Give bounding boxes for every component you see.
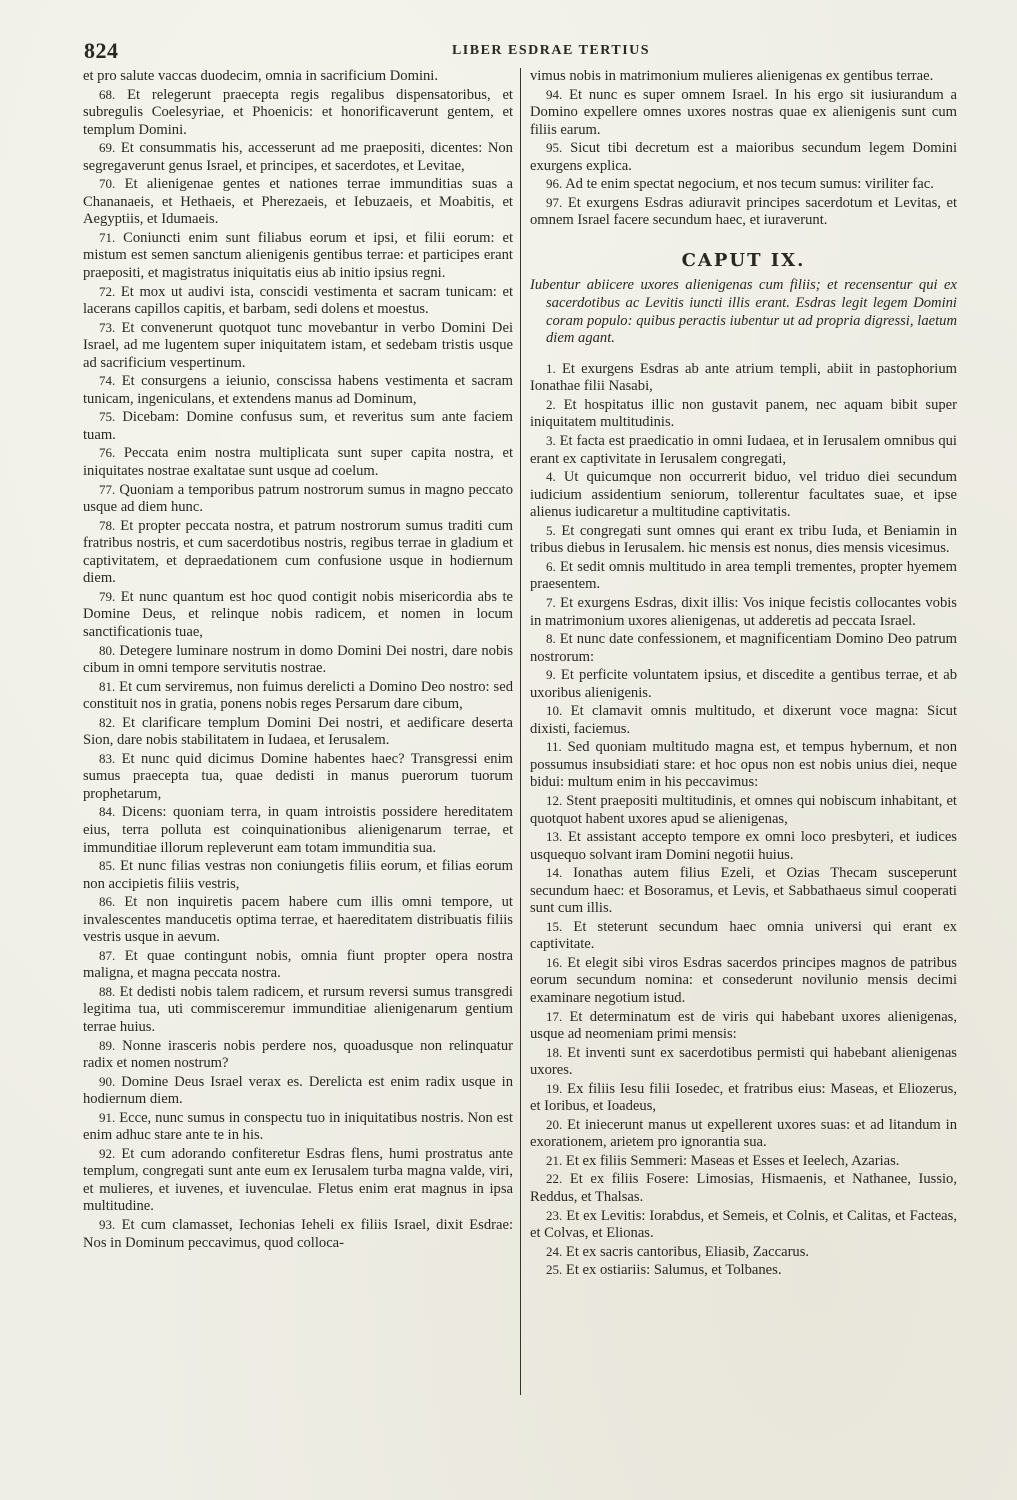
- verse-number: 74.: [99, 373, 115, 388]
- verse-text: Et quae contingunt nobis, omnia fiunt pr…: [83, 948, 513, 982]
- verse: 88. Et dedisti nobis talem radicem, et r…: [83, 983, 513, 1037]
- verse-text: Et ex filiis Semmeri: Maseas et Esses et…: [566, 1153, 900, 1169]
- verse-text: Et propter peccata nostra, et patrum nos…: [83, 518, 513, 587]
- verse: 76. Peccata enim nostra multiplicata sun…: [83, 444, 513, 480]
- verse: 25. Et ex ostiariis: Salumus, et Tolbane…: [530, 1261, 957, 1280]
- verse: 68. Et relegerunt praecepta regis regali…: [83, 86, 513, 140]
- verse: 16. Et elegit sibi viros Esdras sacerdos…: [530, 954, 957, 1008]
- verse: 92. Et cum adorando confiteretur Esdras …: [83, 1145, 513, 1216]
- verse-text: Et elegit sibi viros Esdras sacerdos pri…: [530, 955, 957, 1006]
- verse-text: Ut quicumque non occurrerit biduo, vel t…: [530, 469, 957, 520]
- verse-text: Et ex filiis Fosere: Limosias, Hismaenis…: [530, 1171, 957, 1205]
- verse-number: 12.: [546, 793, 562, 808]
- verse-number: 2.: [546, 397, 556, 412]
- verse-number: 87.: [99, 948, 115, 963]
- verse-number: 7.: [546, 595, 556, 610]
- verse: 22. Et ex filiis Fosere: Limosias, Hisma…: [530, 1170, 957, 1206]
- verse-number: 89.: [99, 1038, 115, 1053]
- verse-number: 73.: [99, 320, 115, 335]
- verse-number: 82.: [99, 715, 115, 730]
- verse-number: 95.: [546, 140, 562, 155]
- verse: 72. Et mox ut audivi ista, conscidi vest…: [83, 283, 513, 319]
- verse: 13. Et assistant accepto tempore ex omni…: [530, 828, 957, 864]
- verse-number: 24.: [546, 1244, 562, 1259]
- verse: 17. Et determinatum est de viris qui hab…: [530, 1008, 957, 1044]
- verse-number: 81.: [99, 679, 115, 694]
- verse-text: Et cum adorando confiteretur Esdras flen…: [83, 1146, 513, 1215]
- verse: 70. Et alienigenae gentes et nationes te…: [83, 175, 513, 229]
- verse-text: Dicebam: Domine confusus sum, et reverit…: [83, 409, 513, 443]
- verse: 85. Et nunc filias vestras non coniunget…: [83, 857, 513, 893]
- verse-text: Sicut tibi decretum est a maioribus secu…: [530, 140, 957, 174]
- verse-number: 14.: [546, 865, 562, 880]
- verse-text: Et mox ut audivi ista, conscidi vestimen…: [83, 284, 513, 318]
- verse: 3. Et facta est praedicatio in omni Iuda…: [530, 432, 957, 468]
- verse: 8. Et nunc date confessionem, et magnifi…: [530, 630, 957, 666]
- verse: 15. Et steterunt secundum haec omnia uni…: [530, 918, 957, 954]
- verse-text: Et clarificare templum Domini Dei nostri…: [83, 715, 513, 749]
- verse-text: Et ex ostiariis: Salumus, et Tolbanes.: [566, 1262, 782, 1278]
- verse: 83. Et nunc quid dicimus Domine habentes…: [83, 750, 513, 804]
- verse-text: Ad te enim spectat negocium, et nos tecu…: [565, 176, 934, 192]
- verse: 5. Et congregati sunt omnes qui erant ex…: [530, 522, 957, 558]
- verse-number: 16.: [546, 955, 562, 970]
- verse-text: Coniuncti enim sunt filiabus eorum et ip…: [83, 230, 513, 281]
- verse: 95. Sicut tibi decretum est a maioribus …: [530, 139, 957, 175]
- verse-text: Et inventi sunt ex sacerdotibus permisti…: [530, 1045, 957, 1079]
- verse-text: Et dedisti nobis talem radicem, et rursu…: [83, 984, 513, 1035]
- verse-number: 85.: [99, 858, 115, 873]
- verse: 78. Et propter peccata nostra, et patrum…: [83, 517, 513, 588]
- verse: 2. Et hospitatus illic non gustavit pane…: [530, 396, 957, 432]
- verse-text: Ex filiis Iesu filii Iosedec, et fratrib…: [530, 1081, 957, 1115]
- verse-text: Et hospitatus illic non gustavit panem, …: [530, 397, 957, 431]
- verse-text: Et iniecerunt manus ut expellerent uxore…: [530, 1117, 957, 1151]
- verse-number: 94.: [546, 87, 562, 102]
- verse: 14. Ionathas autem filius Ezeli, et Ozia…: [530, 864, 957, 918]
- verse-number: 76.: [99, 445, 115, 460]
- verse-number: 91.: [99, 1110, 115, 1125]
- left-column: et pro salute vaccas duodecim, omnia in …: [83, 68, 513, 1252]
- verse-text: Et convenerunt quotquot tunc movebantur …: [83, 320, 513, 371]
- verse-number: 15.: [546, 919, 562, 934]
- verse: 20. Et iniecerunt manus ut expellerent u…: [530, 1116, 957, 1152]
- verse-number: 23.: [546, 1208, 562, 1223]
- column-divider: [520, 68, 521, 1395]
- verse: 89. Nonne irasceris nobis perdere nos, q…: [83, 1037, 513, 1073]
- verse-text: Et exurgens Esdras ab ante atrium templi…: [530, 361, 957, 395]
- verse-number: 79.: [99, 589, 115, 604]
- verse: 1. Et exurgens Esdras ab ante atrium tem…: [530, 360, 957, 396]
- verse-text: Et consurgens a ieiunio, conscissa haben…: [83, 373, 513, 407]
- verse-text: Et sedit omnis multitudo in area templi …: [530, 559, 957, 593]
- verse-number: 97.: [546, 195, 562, 210]
- verse-number: 92.: [99, 1146, 115, 1161]
- verse: 19. Ex filiis Iesu filii Iosedec, et fra…: [530, 1080, 957, 1116]
- verse-number: 88.: [99, 984, 115, 999]
- verse: 71. Coniuncti enim sunt filiabus eorum e…: [83, 229, 513, 283]
- verse: 94. Et nunc es super omnem Israel. In hi…: [530, 86, 957, 140]
- verse-text: Peccata enim nostra multiplicata sunt su…: [83, 445, 513, 479]
- verse-number: 11.: [546, 739, 562, 754]
- verse-text: Et nunc quid dicimus Domine habentes hae…: [83, 751, 513, 802]
- verse: 87. Et quae contingunt nobis, omnia fiun…: [83, 947, 513, 983]
- verse-number: 13.: [546, 829, 562, 844]
- verse-text: Et perficite voluntatem ipsius, et disce…: [530, 667, 957, 701]
- verse-text: Et non inquiretis pacem habere cum illis…: [83, 894, 513, 945]
- verse-text: Quoniam a temporibus patrum nostrorum su…: [83, 482, 513, 516]
- verse: 82. Et clarificare templum Domini Dei no…: [83, 714, 513, 750]
- verse: 9. Et perficite voluntatem ipsius, et di…: [530, 666, 957, 702]
- verse: 11. Sed quoniam multitudo magna est, et …: [530, 738, 957, 792]
- verse-text: Et congregati sunt omnes qui erant ex tr…: [530, 523, 957, 557]
- verse-text: Dicens: quoniam terra, in quam introisti…: [83, 804, 513, 855]
- running-title: LIBER ESDRAE TERTIUS: [0, 43, 1017, 59]
- verse: 18. Et inventi sunt ex sacerdotibus perm…: [530, 1044, 957, 1080]
- verse-number: 72.: [99, 284, 115, 299]
- verse-text: Et determinatum est de viris qui habeban…: [530, 1009, 957, 1043]
- verse: 69. Et consummatis his, accesserunt ad m…: [83, 139, 513, 175]
- verse-number: 86.: [99, 894, 115, 909]
- verse-text: Et steterunt secundum haec omnia univers…: [530, 919, 957, 953]
- verse-number: 68.: [99, 87, 115, 102]
- verse: 81. Et cum serviremus, non fuimus dereli…: [83, 678, 513, 714]
- verse: 73. Et convenerunt quotquot tunc moveban…: [83, 319, 513, 373]
- verse: 86. Et non inquiretis pacem habere cum i…: [83, 893, 513, 947]
- verse: 75. Dicebam: Domine confusus sum, et rev…: [83, 408, 513, 444]
- verse: 79. Et nunc quantum est hoc quod contigi…: [83, 588, 513, 642]
- verse: 77. Quoniam a temporibus patrum nostroru…: [83, 481, 513, 517]
- verse-text: Et nunc es super omnem Israel. In his er…: [530, 87, 957, 138]
- verse-text: Et exurgens Esdras, dixit illis: Vos ini…: [530, 595, 957, 629]
- verse: 24. Et ex sacris cantoribus, Eliasib, Za…: [530, 1243, 957, 1262]
- verse-text: Ecce, nunc sumus in conspectu tuo in ini…: [83, 1110, 513, 1144]
- verse-number: 8.: [546, 631, 556, 646]
- verse: 74. Et consurgens a ieiunio, conscissa h…: [83, 372, 513, 408]
- verse-text: Detegere luminare nostrum in domo Domini…: [83, 643, 513, 677]
- verse-text: Et assistant accepto tempore ex omni loc…: [530, 829, 957, 863]
- verse-text: Et nunc date confessionem, et magnificen…: [530, 631, 957, 665]
- verse-list: 94. Et nunc es super omnem Israel. In hi…: [530, 86, 957, 230]
- verse-text: Et facta est praedicatio in omni Iudaea,…: [530, 433, 957, 467]
- verse-list: 68. Et relegerunt praecepta regis regali…: [83, 86, 513, 1253]
- verse-number: 84.: [99, 804, 115, 819]
- verse: 10. Et clamavit omnis multitudo, et dixe…: [530, 702, 957, 738]
- verse-text: Et consummatis his, accesserunt ad me pr…: [83, 140, 513, 174]
- verse: 93. Et cum clamasset, Iechonias Ieheli e…: [83, 1216, 513, 1252]
- verse-number: 96.: [546, 176, 562, 191]
- verse-text: Et exurgens Esdras adiuravit principes s…: [530, 195, 957, 229]
- verse-list: 1. Et exurgens Esdras ab ante atrium tem…: [530, 360, 957, 1280]
- verse-text: Nonne irasceris nobis perdere nos, quoad…: [83, 1038, 513, 1072]
- verse-number: 3.: [546, 433, 556, 448]
- continuation-text: et pro salute vaccas duodecim, omnia in …: [83, 68, 513, 86]
- verse-text: Et relegerunt praecepta regis regalibus …: [83, 87, 513, 138]
- verse-number: 90.: [99, 1074, 115, 1089]
- verse: 23. Et ex Levitis: Iorabdus, et Semeis, …: [530, 1207, 957, 1243]
- verse-number: 75.: [99, 409, 115, 424]
- verse-text: Et cum serviremus, non fuimus derelicti …: [83, 679, 513, 713]
- continuation-text: vimus nobis in matrimonium mulieres alie…: [530, 68, 957, 86]
- verse: 4. Ut quicumque non occurrerit biduo, ve…: [530, 468, 957, 522]
- verse: 6. Et sedit omnis multitudo in area temp…: [530, 558, 957, 594]
- verse: 90. Domine Deus Israel verax es. Derelic…: [83, 1073, 513, 1109]
- verse-text: Et ex sacris cantoribus, Eliasib, Zaccar…: [566, 1244, 809, 1260]
- verse-number: 71.: [99, 230, 115, 245]
- verse-number: 4.: [546, 469, 556, 484]
- verse-text: Domine Deus Israel verax es. Derelicta e…: [83, 1074, 513, 1108]
- verse: 91. Ecce, nunc sumus in conspectu tuo in…: [83, 1109, 513, 1145]
- verse-text: Ionathas autem filius Ezeli, et Ozias Th…: [530, 865, 957, 916]
- verse: 7. Et exurgens Esdras, dixit illis: Vos …: [530, 594, 957, 630]
- verse-text: Sed quoniam multitudo magna est, et temp…: [530, 739, 957, 790]
- verse-number: 19.: [546, 1081, 562, 1096]
- verse: 80. Detegere luminare nostrum in domo Do…: [83, 642, 513, 678]
- verse-number: 25.: [546, 1262, 562, 1277]
- verse-number: 9.: [546, 667, 556, 682]
- verse-number: 77.: [99, 482, 115, 497]
- verse: 21. Et ex filiis Semmeri: Maseas et Esse…: [530, 1152, 957, 1171]
- verse-text: Et alienigenae gentes et nationes terrae…: [83, 176, 513, 227]
- verse: 84. Dicens: quoniam terra, in quam intro…: [83, 803, 513, 857]
- verse-number: 20.: [546, 1117, 562, 1132]
- verse-number: 70.: [99, 176, 115, 191]
- verse-number: 18.: [546, 1045, 562, 1060]
- verse-number: 10.: [546, 703, 562, 718]
- verse-number: 80.: [99, 643, 115, 658]
- verse-number: 83.: [99, 751, 115, 766]
- chapter-title: CAPUT IX.: [530, 252, 957, 270]
- chapter-summary: Iubentur abiicere uxores alienigenas cum…: [530, 277, 957, 347]
- verse-number: 17.: [546, 1009, 562, 1024]
- verse-number: 93.: [99, 1217, 115, 1232]
- verse-text: Et ex Levitis: Iorabdus, et Semeis, et C…: [530, 1208, 957, 1242]
- verse: 96. Ad te enim spectat negocium, et nos …: [530, 175, 957, 194]
- verse-number: 22.: [546, 1171, 562, 1186]
- verse: 12. Stent praepositi multitudinis, et om…: [530, 792, 957, 828]
- verse-number: 5.: [546, 523, 556, 538]
- verse-text: Et cum clamasset, Iechonias Ieheli ex fi…: [83, 1217, 513, 1251]
- verse-number: 1.: [546, 361, 556, 376]
- verse-number: 78.: [99, 518, 115, 533]
- verse-text: Et nunc quantum est hoc quod contigit no…: [83, 589, 513, 640]
- right-column: vimus nobis in matrimonium mulieres alie…: [530, 68, 957, 1280]
- verse-text: Stent praepositi multitudinis, et omnes …: [530, 793, 957, 827]
- verse-text: Et clamavit omnis multitudo, et dixerunt…: [530, 703, 957, 737]
- verse-text: Et nunc filias vestras non coniungetis f…: [83, 858, 513, 892]
- verse-number: 21.: [546, 1153, 562, 1168]
- verse-number: 69.: [99, 140, 115, 155]
- verse-number: 6.: [546, 559, 556, 574]
- verse: 97. Et exurgens Esdras adiuravit princip…: [530, 194, 957, 230]
